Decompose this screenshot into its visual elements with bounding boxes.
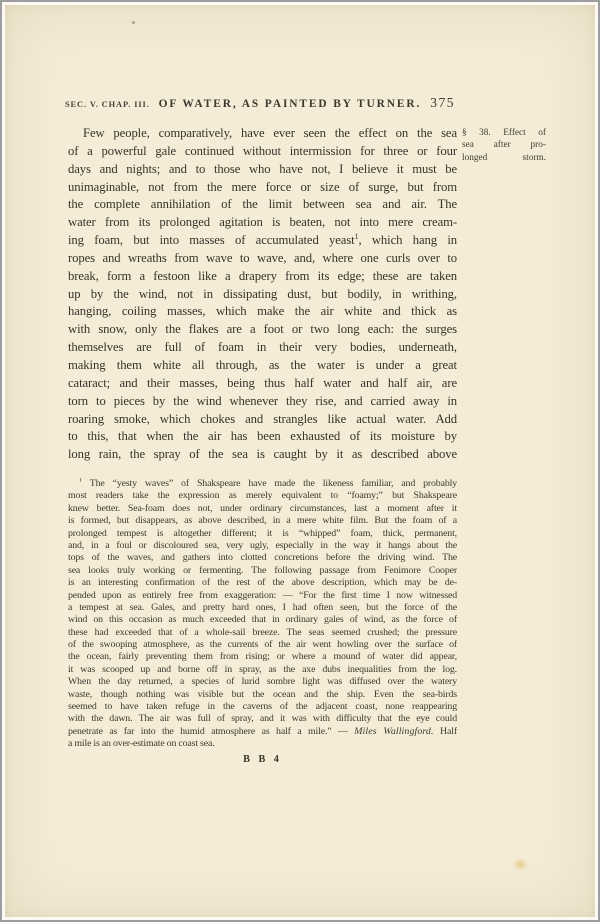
text-line: of the swooping atmosphere, as the curre… bbox=[68, 639, 457, 651]
text-line: sea after pro- bbox=[462, 139, 546, 151]
text-line: longed storm. bbox=[462, 152, 546, 164]
signature-mark: B B 4 bbox=[68, 754, 457, 765]
text-line: themselves are full of foam in their ver… bbox=[68, 339, 457, 357]
text-line: up by the wind, not in dissipating dust,… bbox=[68, 286, 457, 304]
text-line: to this, that when the air has been exha… bbox=[68, 428, 457, 446]
text-line: a tempest at sea. Gales, and pretty hard… bbox=[68, 602, 457, 614]
text-line: torn to pieces by the wind whenever they… bbox=[68, 393, 457, 411]
running-title: OF WATER, AS PAINTED BY TURNER. bbox=[159, 98, 422, 110]
text-line: making them white all through, as the wa… bbox=[68, 357, 457, 375]
text-line: 1 The “yesty waves” of Shakspeare have m… bbox=[68, 478, 457, 490]
text-line: unimaginable, not from the mere force or… bbox=[68, 179, 457, 197]
margin-note: § 38. Effect ofsea after pro-longed stor… bbox=[462, 127, 546, 164]
text-line: knew better. Sea-foam does not, under or… bbox=[68, 503, 457, 515]
text-line: sea looks truly working or fermenting. T… bbox=[68, 565, 457, 577]
text-line: waste, though nothing was visible but th… bbox=[68, 689, 457, 701]
text-line: pended upon as entirely free from exagge… bbox=[68, 590, 457, 602]
text-line: ing foam, but into masses of accumulated… bbox=[68, 232, 457, 250]
page-number: 375 bbox=[430, 95, 455, 111]
text-line: it was scooped up and borne off in spray… bbox=[68, 664, 457, 676]
text-line: most readers take the expression as mere… bbox=[68, 490, 457, 502]
text-line: break, form a festoon like a drapery fro… bbox=[68, 268, 457, 286]
page-header: SEC. V. CHAP. III. OF WATER, AS PAINTED … bbox=[65, 95, 455, 111]
text-line: ropes and wreaths from wave to wave, and… bbox=[68, 250, 457, 268]
text-line: hanging, coiling masses, which make the … bbox=[68, 303, 457, 321]
scanned-book-page: SEC. V. CHAP. III. OF WATER, AS PAINTED … bbox=[0, 0, 600, 922]
text-line: these had exceeded that of a whole-sail … bbox=[68, 627, 457, 639]
text-line: long rain, the spray of the sea is caugh… bbox=[68, 446, 457, 464]
text-line: the ocean, fairly preventing them from r… bbox=[68, 651, 457, 663]
paper-speck bbox=[132, 21, 135, 24]
section-chapter-label: SEC. V. CHAP. III. bbox=[65, 100, 150, 109]
text-line: prolonged tempest is altogether differen… bbox=[68, 528, 457, 540]
text-line: seemed to have taken refuge in the caver… bbox=[68, 701, 457, 713]
text-line: the complete annihilation of the limit b… bbox=[68, 196, 457, 214]
text-line: and, in a foul or discoloured sea, very … bbox=[68, 540, 457, 552]
main-paragraph: Few people, comparatively, have ever see… bbox=[68, 125, 457, 464]
text-line: wind on this occasion as much exceeded t… bbox=[68, 614, 457, 626]
foxing-stain bbox=[513, 858, 528, 871]
text-line: cataract; and their masses, being thus h… bbox=[68, 375, 457, 393]
text-line: of a powerful gale continued without int… bbox=[68, 143, 457, 161]
book-page: SEC. V. CHAP. III. OF WATER, AS PAINTED … bbox=[5, 5, 595, 917]
text-line: is an interesting confirmation of the re… bbox=[68, 577, 457, 589]
text-line: with snow, only the flakes are a foot or… bbox=[68, 321, 457, 339]
footnote: 1 The “yesty waves” of Shakspeare have m… bbox=[68, 478, 457, 751]
text-line: water from its prolonged agitation is be… bbox=[68, 214, 457, 232]
text-line: with the dawn. The air was full of spray… bbox=[68, 713, 457, 725]
text-line: a mile is an over-estimate on coast sea. bbox=[68, 738, 457, 750]
text-line: days and nights; and to those who have n… bbox=[68, 161, 457, 179]
text-line: is formed, but disappears, as above desc… bbox=[68, 515, 457, 527]
text-line: tops of the waves, and gathers into clot… bbox=[68, 552, 457, 564]
text-line: roaring smoke, which chokes and strangle… bbox=[68, 411, 457, 429]
text-line: Few people, comparatively, have ever see… bbox=[68, 125, 457, 143]
text-line: When the day returned, a species of luri… bbox=[68, 676, 457, 688]
text-line: penetrate as far into the humid atmosphe… bbox=[68, 726, 457, 738]
text-line: § 38. Effect of bbox=[462, 127, 546, 139]
